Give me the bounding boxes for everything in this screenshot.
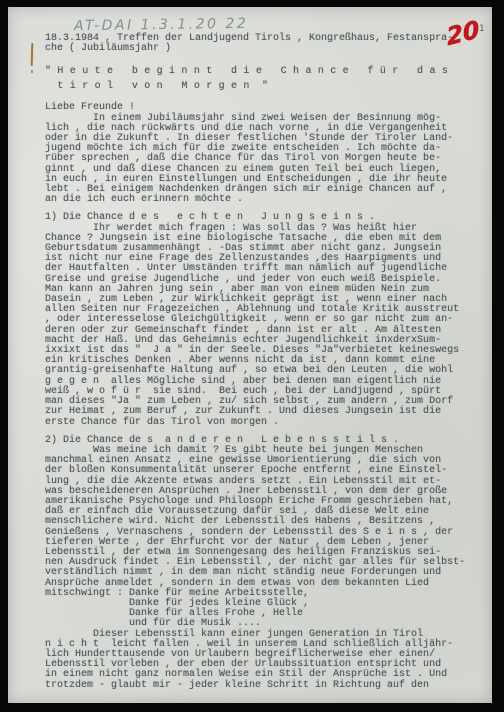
- typewritten-text-block: 18.3.1984 , Treffen der Landjugend Tirol…: [45, 34, 486, 691]
- margin-mark-stroke: [31, 43, 34, 66]
- section1-paragraph: Ihr werdet mich fragen : Was soll das ? …: [45, 224, 486, 428]
- document-page: AT-DAI 1.3.1.20 22 20 1 18.3.1984 , Tref…: [8, 7, 492, 703]
- document-header: 18.3.1984 , Treffen der Landjugend Tirol…: [45, 34, 486, 54]
- scanned-page-frame: AT-DAI 1.3.1.20 22 20 1 18.3.1984 , Tref…: [0, 0, 504, 712]
- margin-exclamation-icon: [30, 43, 34, 79]
- intro-paragraph: In einem Jubiläumsjahr sind zwei Weisen …: [45, 114, 486, 206]
- archival-reference-annotation: AT-DAI 1.3.1.20 22: [74, 16, 248, 34]
- page-number: 1: [479, 24, 485, 34]
- margin-mark-dot: [31, 70, 33, 73]
- section2-paragraph: Was meine ich damit ? Es gibt heute bei …: [45, 446, 486, 691]
- document-title: " H e u t e b e g i n n t d i e C h a n …: [45, 64, 486, 94]
